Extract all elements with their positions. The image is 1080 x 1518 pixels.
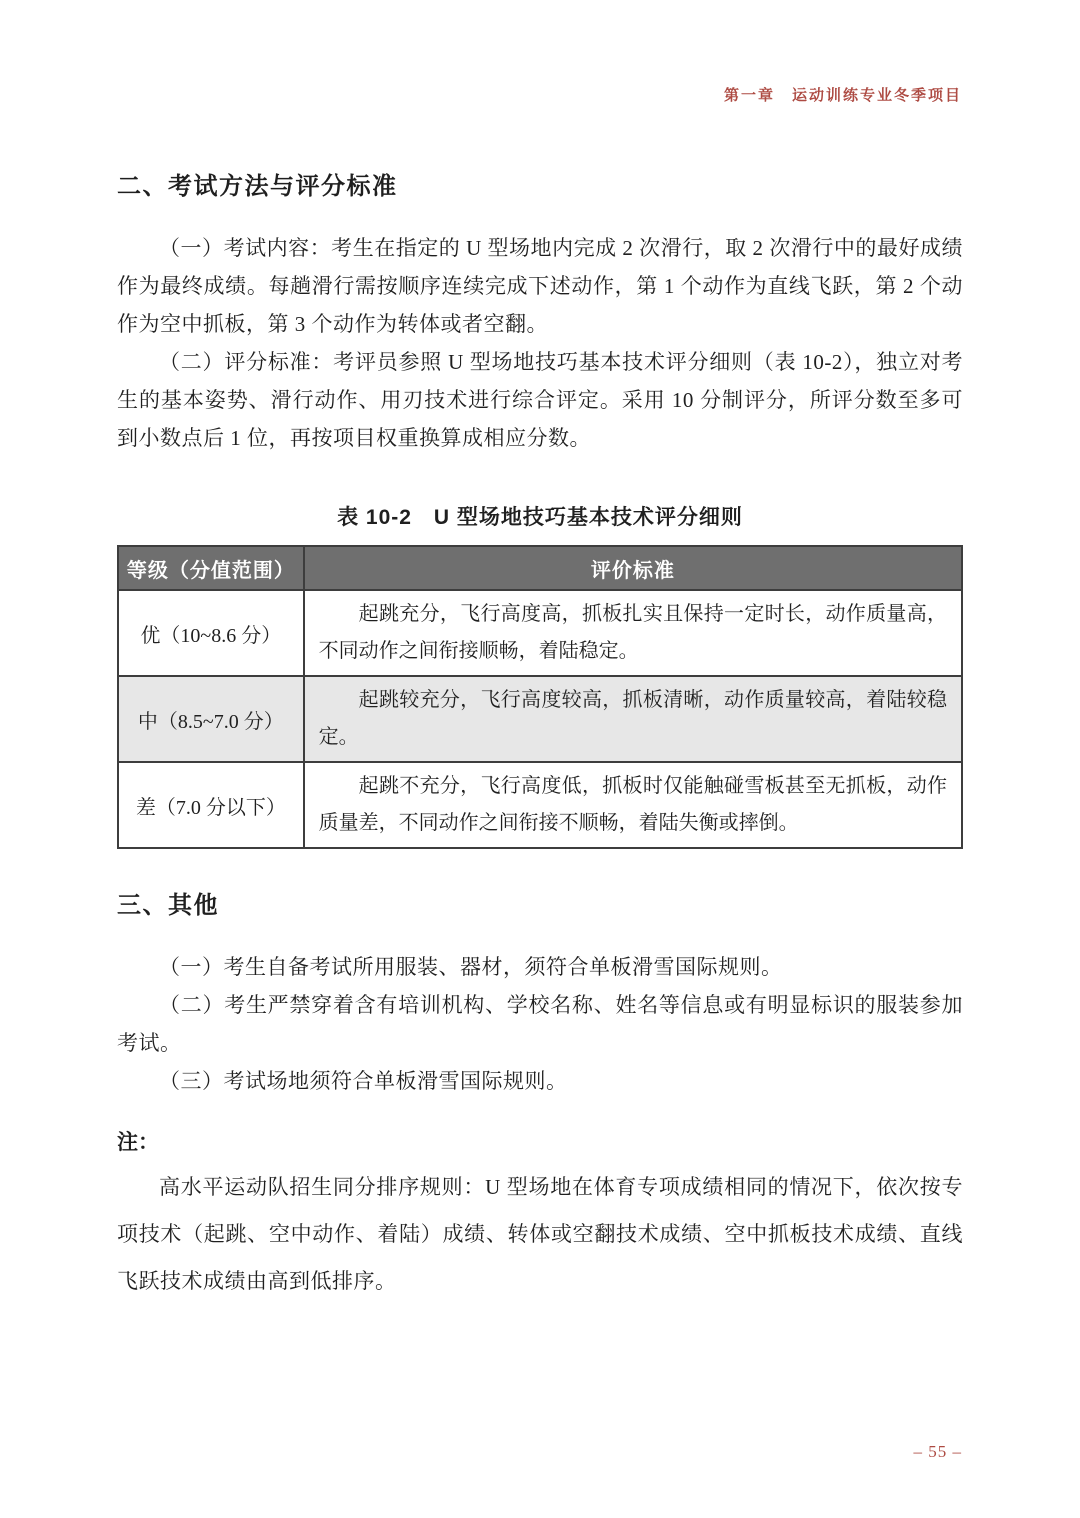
table-header-grade: 等级（分值范围） — [118, 546, 304, 590]
note-paragraph: 高水平运动队招生同分排序规则：U 型场地在体育专项成绩相同的情况下，依次按专项技… — [117, 1164, 963, 1305]
paragraph-other-1: （一）考生自备考试所用服装、器材，须符合单板滑雪国际规则。 — [117, 948, 963, 986]
table-caption: 表 10-2 U 型场地技巧基本技术评分细则 — [117, 501, 963, 531]
criteria-cell: 起跳较充分，飞行高度较高，抓板清晰，动作质量较高，着陆较稳定。 — [304, 676, 962, 762]
criteria-cell: 起跳充分，飞行高度高，抓板扎实且保持一定时长，动作质量高，不同动作之间衔接顺畅，… — [304, 590, 962, 676]
section-heading-other: 三、其他 — [117, 885, 963, 920]
section-heading-exam-methods: 二、考试方法与评分标准 — [117, 166, 963, 201]
table-row-medium: 中（8.5~7.0 分） 起跳较充分，飞行高度较高，抓板清晰，动作质量较高，着陆… — [118, 676, 962, 762]
scoring-criteria-table: 等级（分值范围） 评价标准 优（10~8.6 分） 起跳充分，飞行高度高，抓板扎… — [117, 545, 963, 849]
table-row-excellent: 优（10~8.6 分） 起跳充分，飞行高度高，抓板扎实且保持一定时长，动作质量高… — [118, 590, 962, 676]
paragraph-exam-content: （一）考试内容：考生在指定的 U 型场地内完成 2 次滑行，取 2 次滑行中的最… — [117, 229, 963, 343]
page-number: – 55 – — [914, 1442, 963, 1462]
grade-cell: 中（8.5~7.0 分） — [118, 676, 304, 762]
paragraph-other-2: （二）考生严禁穿着含有培训机构、学校名称、姓名等信息或有明显标识的服装参加考试。 — [117, 986, 963, 1062]
note-label: 注： — [117, 1126, 963, 1156]
paragraph-other-3: （三）考试场地须符合单板滑雪国际规则。 — [117, 1062, 963, 1100]
grade-cell: 差（7.0 分以下） — [118, 762, 304, 848]
criteria-cell: 起跳不充分，飞行高度低，抓板时仅能触碰雪板甚至无抓板，动作质量差，不同动作之间衔… — [304, 762, 962, 848]
paragraph-scoring-standard: （二）评分标准：考评员参照 U 型场地技巧基本技术评分细则（表 10-2），独立… — [117, 343, 963, 457]
table-header-row: 等级（分值范围） 评价标准 — [118, 546, 962, 590]
table-row-poor: 差（7.0 分以下） 起跳不充分，飞行高度低，抓板时仅能触碰雪板甚至无抓板，动作… — [118, 762, 962, 848]
table-header-criteria: 评价标准 — [304, 546, 962, 590]
document-page: 第一章 运动训练专业冬季项目 二、考试方法与评分标准 （一）考试内容：考生在指定… — [0, 0, 1080, 1518]
grade-cell: 优（10~8.6 分） — [118, 590, 304, 676]
page-content: 二、考试方法与评分标准 （一）考试内容：考生在指定的 U 型场地内完成 2 次滑… — [117, 0, 963, 1326]
